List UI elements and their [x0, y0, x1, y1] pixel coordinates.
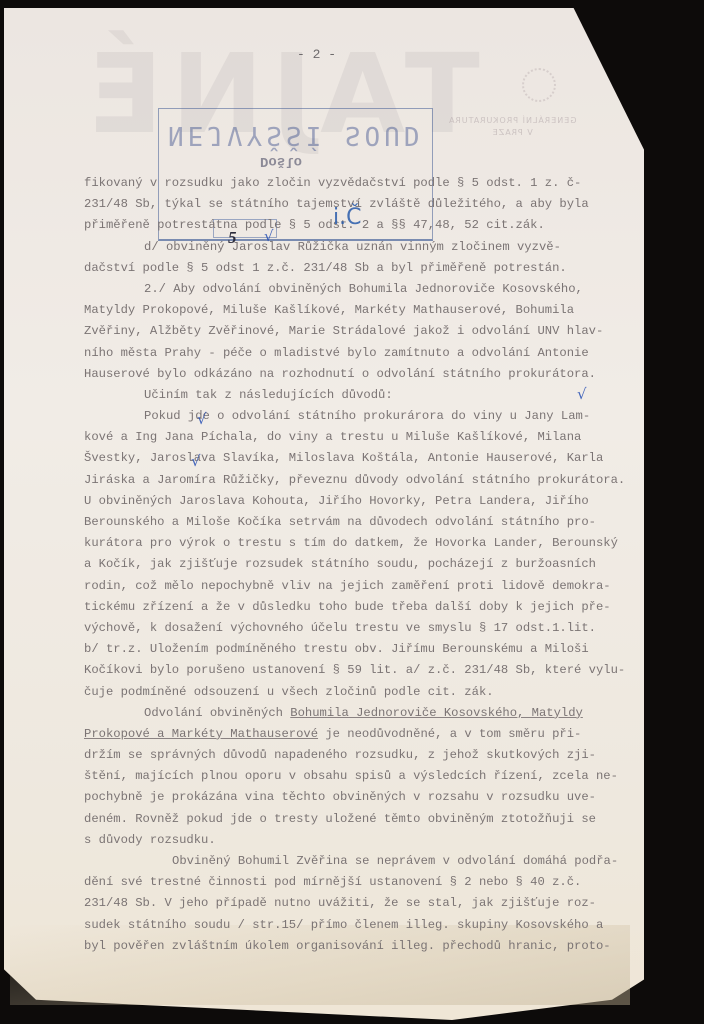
text-line: Jiráska a Jaromíra Růžičky, převeznu dův…	[84, 470, 684, 491]
text-line: Odvolání obviněných Bohumila Jednoroviče…	[84, 703, 684, 724]
checkmark-icon: √	[191, 454, 201, 469]
embossed-seal-icon	[522, 68, 556, 102]
text-line: rodin, což mělo nepochybně vliv na jejic…	[84, 576, 684, 597]
checkmark-icon: √	[197, 412, 207, 427]
text-line: Kočíkovi bylo porušeno ustanovení § 59 l…	[84, 660, 684, 681]
text-line: d/ obviněný Jaroslav Růžička uznán vinný…	[84, 237, 684, 258]
text-line: sudek státního soudu / str.15/ přímo čle…	[84, 915, 684, 936]
text-line: kurátora pro výrok o trestu s tím do dat…	[84, 533, 684, 554]
checkmark-icon: √	[577, 387, 587, 402]
court-stamp-subtitle: Došlo	[260, 153, 302, 169]
checkmark-icon: √	[264, 229, 274, 244]
document-body: fikovaný v rozsudku jako zločin vyzvědač…	[84, 173, 684, 957]
text-line: pochybně je prokázána vina těchto obvině…	[84, 787, 684, 808]
text-line: s důvody rozsudku.	[84, 830, 684, 851]
text-line: Berounského a Miloše Kočíka setrvám na d…	[84, 512, 684, 533]
text-line: Pokud jde o odvolání státního prokuráror…	[84, 406, 684, 427]
text-line: ního města Prahy - péče o mladistvé bylo…	[84, 343, 684, 364]
text-line: tickému zřízení a že v důsledku toho bud…	[84, 597, 684, 618]
court-stamp-title: NEJVYŠŠÍ SOUD	[168, 120, 424, 150]
text-line: Hauserové bylo odkázáno na rozhodnutí o …	[84, 364, 684, 385]
text-line: držím se správných důvodů napadeného roz…	[84, 745, 684, 766]
text-line: čuje podmíněné odsouzení u všech zločinů…	[84, 682, 684, 703]
handwritten-number: 5	[228, 228, 237, 248]
underlined-phrase: Prokopové a Markéty Mathauserové	[84, 727, 318, 741]
embossed-letterhead: GENERÁLNÍ PROKURATURA V PRAZE	[448, 115, 576, 139]
text-line: b/ tr.z. Uložením podmíněného trestu obv…	[84, 639, 684, 660]
text-line: 231/48 Sb, týkal se státního tajemství z…	[84, 194, 684, 215]
text-line: 2./ Aby odvolání obviněných Bohumila Jed…	[84, 279, 684, 300]
text-line: a Kočík, jak zjišťuje rozsudek státního …	[84, 554, 684, 575]
embossed-line-1: GENERÁLNÍ PROKURATURA	[448, 115, 576, 127]
text-line: U obviněných Jaroslava Kohouta, Jiřího H…	[84, 491, 684, 512]
text-line: výchově, k dosažení výchovného účelu tre…	[84, 618, 684, 639]
text-line: byl pověřen zvláštním úkolem organisován…	[84, 936, 684, 957]
text-line: Učiním tak z následujících důvodů:	[84, 385, 684, 406]
text-line: Obviněný Bohumil Zvěřina se neprávem v o…	[84, 851, 684, 872]
text-line: kové a Ing Jana Píchala, do viny a trest…	[84, 427, 684, 448]
page-number: - 2 -	[297, 47, 336, 62]
text-line: Zvěřiny, Alžběty Zvěřinové, Marie Stráda…	[84, 321, 684, 342]
text-line: štění, majících plnou oporu v obsahu spi…	[84, 766, 684, 787]
text-line: dění své trestné činnosti pod mírnější u…	[84, 872, 684, 893]
text-line: Švestky, Jaroslava Slavíka, Miloslava Ko…	[84, 448, 684, 469]
underlined-phrase: Bohumila Jednoroviče Kosovského, Matyldy	[290, 706, 583, 720]
text-line: přiměřeně potrestátna podle § 5 odst. 2 …	[84, 215, 684, 236]
text-line: fikovaný v rozsudku jako zločin vyzvědač…	[84, 173, 684, 194]
handwritten-mark: i.Č	[333, 205, 361, 230]
text-line: Matyldy Prokopové, Miluše Kašlíkové, Mar…	[84, 300, 684, 321]
text-line: 231/48 Sb. V jeho případě nutno uvážiti,…	[84, 893, 684, 914]
text-line: Prokopové a Markéty Mathauserové je neod…	[84, 724, 684, 745]
text-line: dačství podle § 5 odst 1 z.č. 231/48 Sb …	[84, 258, 684, 279]
embossed-line-2: V PRAZE	[448, 127, 576, 139]
text-line: deném. Rovněž pokud jde o tresty uložené…	[84, 809, 684, 830]
